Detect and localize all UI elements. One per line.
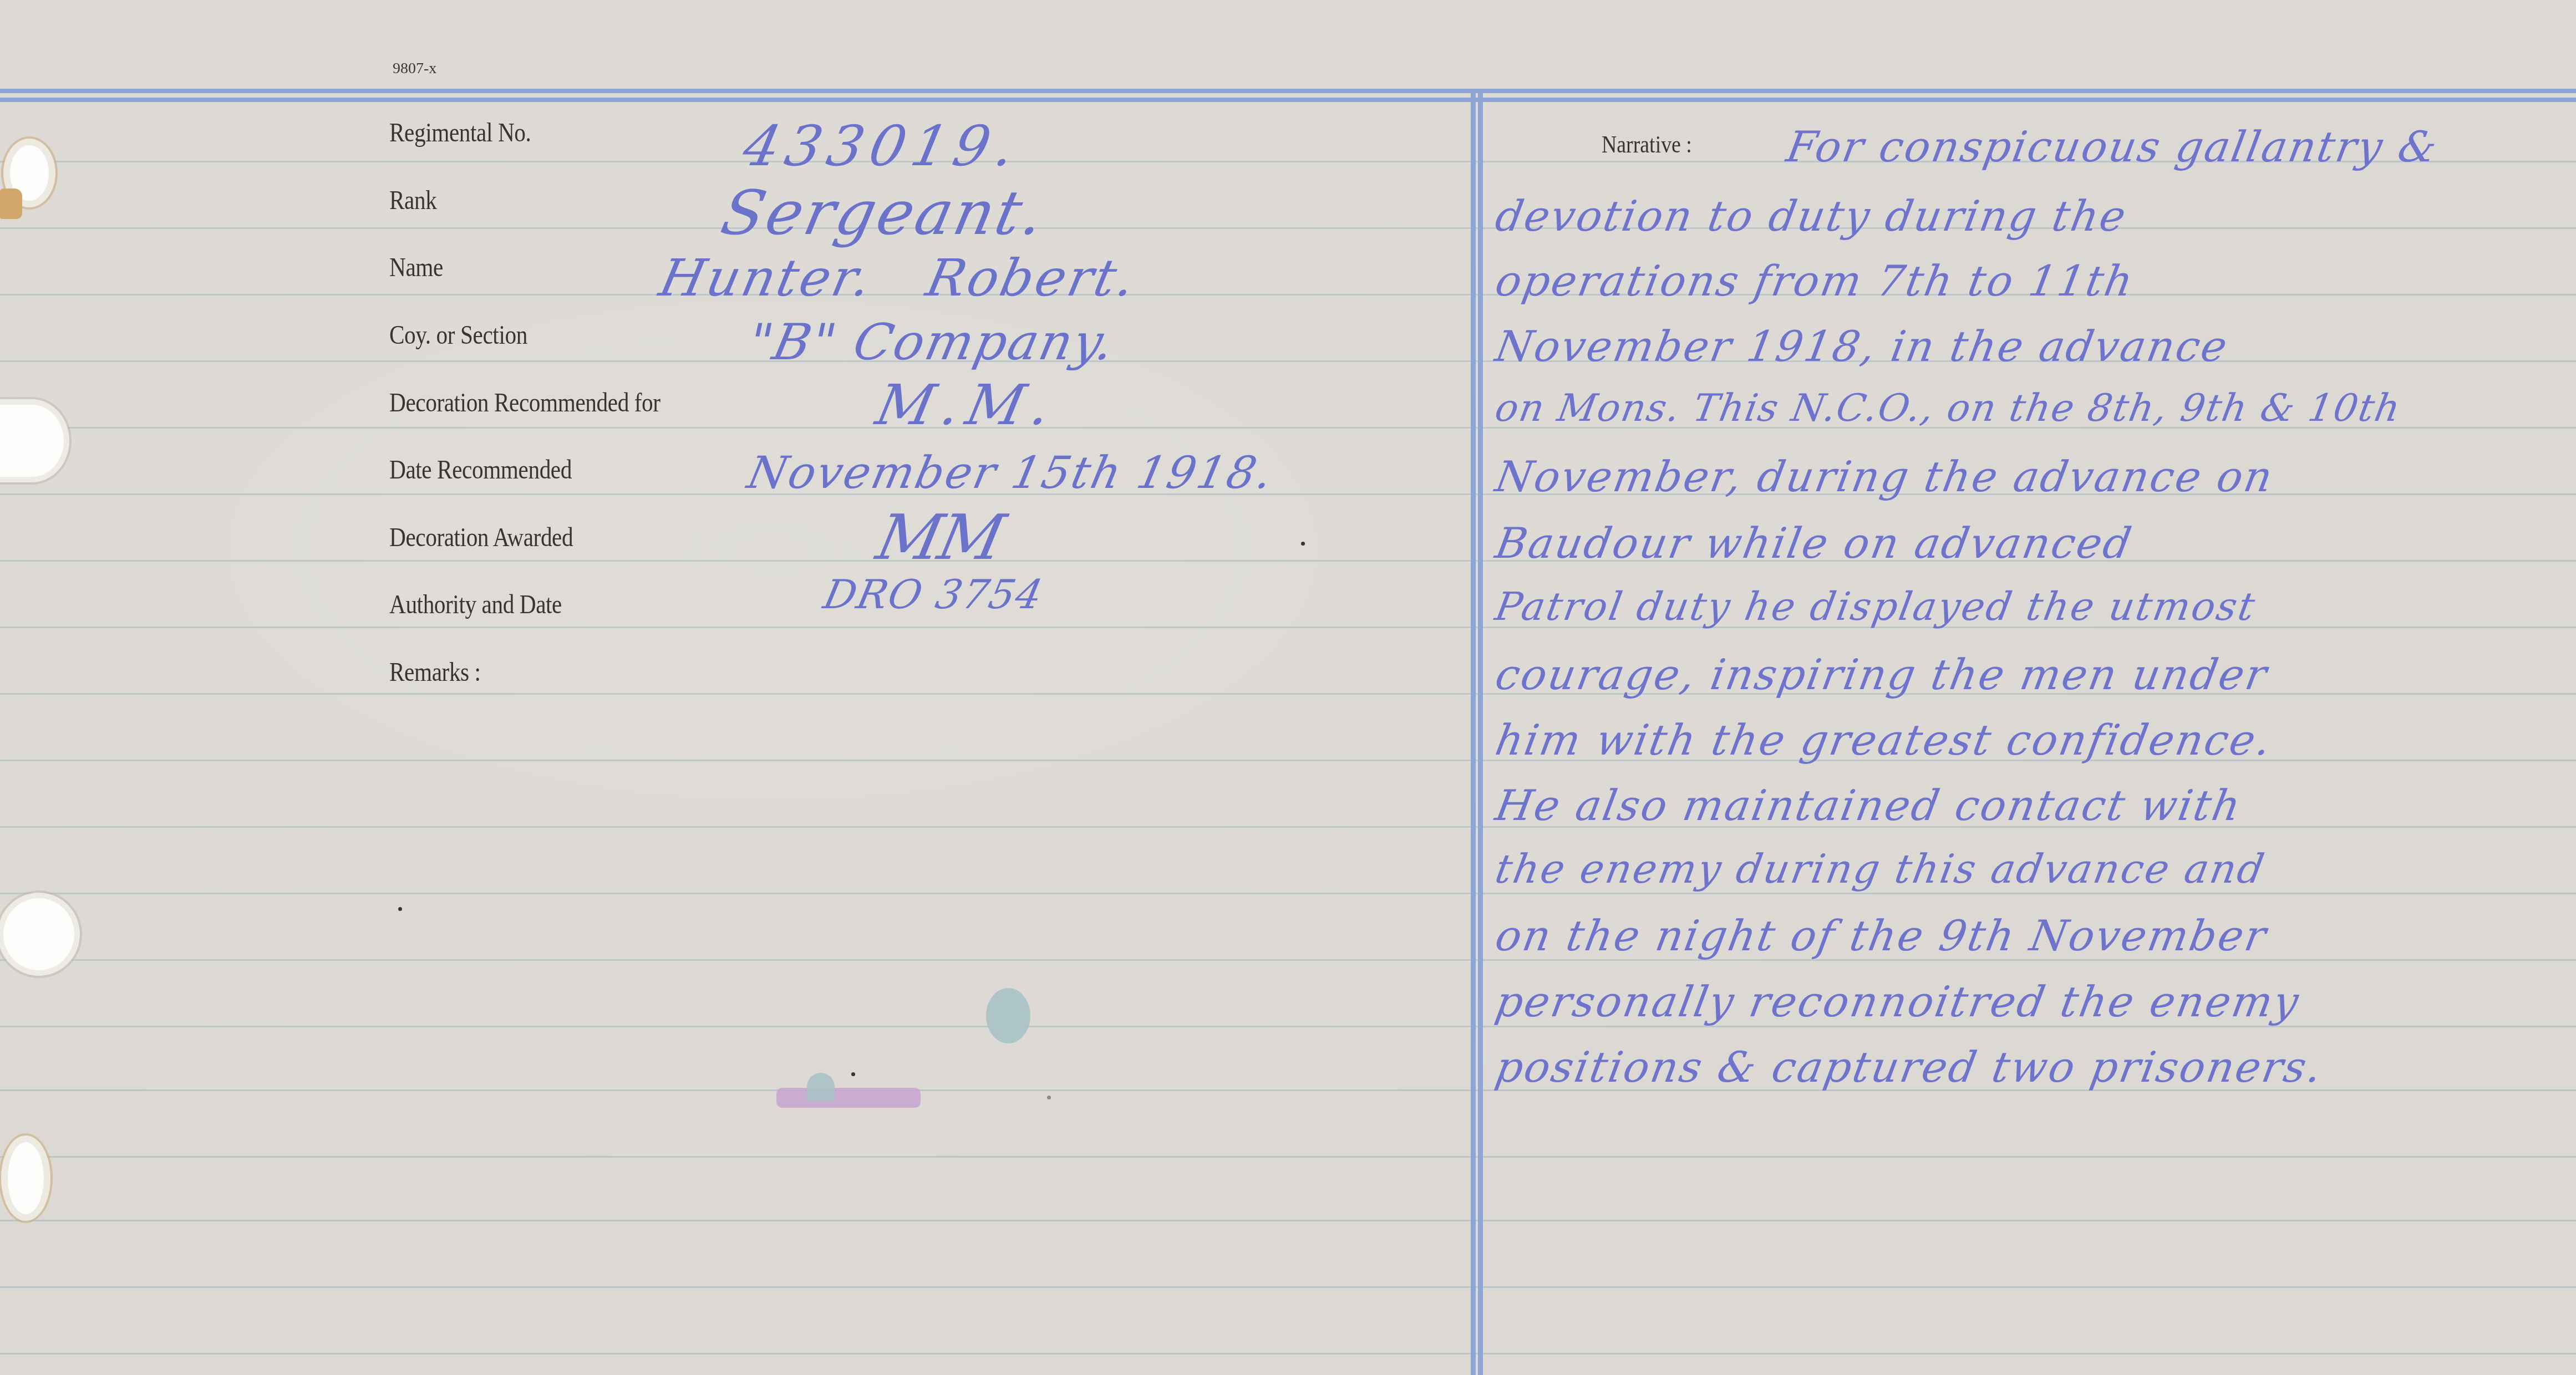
- narrative-line: Patrol duty he displayed the utmost: [1492, 584, 2260, 629]
- punch-hole-3: [3, 898, 74, 970]
- record-card: 9807-x Regimental No. Rank Name Coy. or …: [0, 0, 2576, 1375]
- narrative-line: him with the greatest confidence.: [1492, 715, 2276, 765]
- label-decoration-awarded: Decoration Awarded: [389, 522, 573, 553]
- punch-hole-4: [8, 1142, 44, 1214]
- ink-stain-pink: [776, 1088, 921, 1108]
- narrative-line: courage, inspiring the men under: [1492, 650, 2272, 699]
- label-remarks: Remarks :: [389, 657, 481, 687]
- label-regimental-no: Regimental No.: [389, 118, 531, 148]
- paper-speck: [851, 1072, 855, 1076]
- form-code: 9807-x: [393, 60, 436, 78]
- narrative-line: operations from 7th to 11th: [1492, 256, 2138, 305]
- ruled-line: [0, 1286, 2576, 1288]
- paper-speck: [398, 907, 402, 911]
- narrative-line: the enemy during this advance and: [1492, 846, 2269, 892]
- ruled-line: [0, 1353, 2576, 1354]
- value-regimental-no: 433019.: [738, 114, 1027, 179]
- narrative-line: He also maintained contact with: [1492, 781, 2245, 830]
- ink-stain-teal-small: [807, 1073, 835, 1101]
- value-coy-or-section: "B" Company.: [743, 313, 1121, 371]
- value-name: Hunter. Robert.: [654, 248, 1142, 308]
- column-divider-left: [1471, 89, 1476, 1375]
- ruled-line: [0, 1220, 2576, 1221]
- narrative-line: on Mons. This N.C.O., on the 8th, 9th & …: [1492, 386, 2405, 430]
- value-date-recommended: November 15th 1918.: [743, 447, 1278, 498]
- label-rank: Rank: [389, 185, 436, 216]
- ruled-line: [0, 560, 2576, 562]
- narrative-line: For conspicuous gallantry &: [1783, 122, 2442, 171]
- narrative-line: devotion to duty during the: [1492, 191, 2131, 241]
- column-divider-right: [1478, 89, 1483, 1375]
- ink-stain-teal: [986, 988, 1030, 1043]
- ruled-line: [0, 1156, 2576, 1158]
- narrative-line: on the night of the 9th November: [1492, 911, 2272, 960]
- label-decoration-recommended-for: Decoration Recommended for: [389, 388, 660, 418]
- value-rank: Sergeant.: [715, 177, 1052, 248]
- narrative-line: November, during the advance on: [1492, 452, 2278, 501]
- value-decoration-recommended-for: M.M.: [871, 373, 1064, 437]
- value-authority-and-date: DRO 3754: [820, 571, 1048, 618]
- label-name: Name: [389, 252, 443, 283]
- ruled-line: [0, 893, 2576, 894]
- header-rule-top: [0, 89, 2576, 93]
- label-narrative: Narrative :: [1602, 130, 1692, 159]
- narrative-line: Baudour while on advanced: [1492, 518, 2137, 568]
- value-decoration-awarded: MM: [871, 502, 1009, 574]
- header-rule-bottom: [0, 98, 2576, 102]
- narrative-line: personally reconnoitred the enemy: [1492, 977, 2304, 1026]
- narrative-line: November 1918, in the advance: [1492, 322, 2233, 371]
- label-date-recommended: Date Recommended: [389, 455, 572, 485]
- ruled-line: [0, 227, 2576, 229]
- ruled-line: [0, 294, 2576, 296]
- label-coy-or-section: Coy. or Section: [389, 320, 527, 350]
- paper-tear-mark: [0, 189, 22, 219]
- paper-speck: [1047, 1096, 1051, 1099]
- narrative-line: positions & captured two prisoners.: [1492, 1042, 2327, 1092]
- label-authority-and-date: Authority and Date: [389, 589, 562, 620]
- punch-hole-2: [0, 405, 64, 477]
- paper-speck: [1301, 542, 1305, 546]
